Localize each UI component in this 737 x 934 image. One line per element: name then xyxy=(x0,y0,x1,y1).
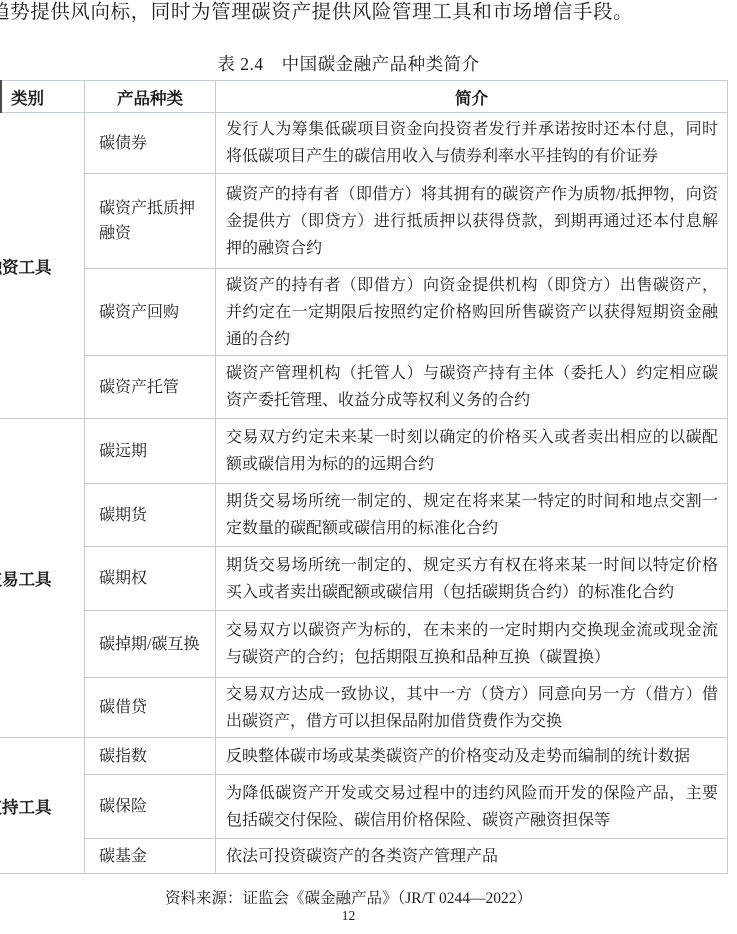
source-note: 资料来源：证监会《碳金融产品》（JR/T 0244—2022） xyxy=(0,886,737,908)
product-cell: 碳期货 xyxy=(85,484,216,547)
description-cell: 碳资产管理机构（托管人）与碳资产持有主体（委托人）约定相应碳资产委托管理、收益分… xyxy=(216,356,728,419)
table-row: 碳期权期货交易场所统一制定的、规定买方有权在将来某一时间以特定价格买入或者卖出碳… xyxy=(0,547,728,611)
table-row: 碳资产托管碳资产管理机构（托管人）与碳资产持有主体（委托人）约定相应碳资产委托管… xyxy=(0,356,728,419)
table-row: 融资工具碳债券发行人为筹集低碳项目资金向投资者发行并承诺按时还本付息，同时将低碳… xyxy=(0,113,728,174)
page-number: 12 xyxy=(0,908,737,924)
product-cell: 碳远期 xyxy=(85,419,216,484)
product-cell: 碳期权 xyxy=(85,547,216,611)
table-row: 碳资产抵质押融资碳资产的持有者（即借方）将其拥有的碳资产作为质物/抵押物，向资金… xyxy=(0,174,728,269)
product-cell: 碳指数 xyxy=(85,738,216,775)
table-row: 交易工具碳远期交易双方约定未来某一时刻以确定的价格买入或者卖出相应的以碳配额或碳… xyxy=(0,419,728,484)
product-cell: 碳资产托管 xyxy=(85,356,216,419)
category-label: 融资工具 xyxy=(0,254,52,278)
product-cell: 碳保险 xyxy=(85,775,216,839)
category-cell: 融资工具 xyxy=(0,113,85,419)
description-cell: 期货交易场所统一制定的、规定买方有权在将来某一时间以特定价格买入或者卖出碳配额或… xyxy=(216,547,728,611)
description-cell: 依法可投资碳资产的各类资产管理产品 xyxy=(216,839,728,874)
table-header-row: 类别 产品种类 简介 xyxy=(0,81,728,113)
description-cell: 发行人为筹集低碳项目资金向投资者发行并承诺按时还本付息，同时将低碳项目产生的碳信… xyxy=(216,113,728,174)
category-cell: 交易工具 xyxy=(0,419,85,738)
page-crop-edge-mark xyxy=(0,80,2,113)
table-row: 支持工具碳指数反映整体碳市场或某类碳资产的价格变动及走势而编制的统计数据 xyxy=(0,738,728,775)
product-cell: 碳基金 xyxy=(85,839,216,874)
header-product-type: 产品种类 xyxy=(85,81,216,113)
intro-paragraph: 趋势提供风向标，同时为管理碳资产提供风险管理工具和市场增信手段。 xyxy=(0,0,633,29)
product-cell: 碳掉期/碳互换 xyxy=(85,611,216,678)
table-row: 碳保险为降低碳资产开发或交易过程中的违约风险而开发的保险产品，主要包括碳交付保险… xyxy=(0,775,728,839)
table-row: 碳掉期/碳互换交易双方以碳资产为标的，在未来的一定时期内交换现金流或现金流与碳资… xyxy=(0,611,728,678)
header-description: 简介 xyxy=(216,81,728,113)
product-cell: 碳债券 xyxy=(85,113,216,174)
carbon-finance-table: 类别 产品种类 简介 融资工具碳债券发行人为筹集低碳项目资金向投资者发行并承诺按… xyxy=(0,80,728,874)
category-cell: 支持工具 xyxy=(0,738,85,874)
description-cell: 交易双方达成一致协议，其中一方（贷方）同意向另一方（借方）借出碳资产，借方可以担… xyxy=(216,678,728,738)
table-row: 碳资产回购碳资产的持有者（即借方）向资金提供机构（即贷方）出售碳资产，并约定在一… xyxy=(0,269,728,356)
description-cell: 交易双方以碳资产为标的，在未来的一定时期内交换现金流或现金流与碳资产的合约；包括… xyxy=(216,611,728,678)
product-cell: 碳资产抵质押融资 xyxy=(85,174,216,269)
category-label: 支持工具 xyxy=(0,794,52,818)
category-label: 交易工具 xyxy=(0,566,52,590)
product-cell: 碳资产回购 xyxy=(85,269,216,356)
table-row: 碳借贷交易双方达成一致协议，其中一方（贷方）同意向另一方（借方）借出碳资产，借方… xyxy=(0,678,728,738)
description-cell: 碳资产的持有者（即借方）向资金提供机构（即贷方）出售碳资产，并约定在一定期限后按… xyxy=(216,269,728,356)
description-cell: 碳资产的持有者（即借方）将其拥有的碳资产作为质物/抵押物，向资金提供方（即贷方）… xyxy=(216,174,728,269)
description-cell: 为降低碳资产开发或交易过程中的违约风险而开发的保险产品，主要包括碳交付保险、碳信… xyxy=(216,775,728,839)
description-cell: 期货交易场所统一制定的、规定在将来某一特定的时间和地点交割一定数量的碳配额或碳信… xyxy=(216,484,728,547)
table-title: 表 2.4 中国碳金融产品种类简介 xyxy=(0,51,737,76)
table-row: 碳基金依法可投资碳资产的各类资产管理产品 xyxy=(0,839,728,874)
header-category: 类别 xyxy=(0,81,85,113)
product-cell: 碳借贷 xyxy=(85,678,216,738)
description-cell: 交易双方约定未来某一时刻以确定的价格买入或者卖出相应的以碳配额或碳信用为标的的远… xyxy=(216,419,728,484)
table-row: 碳期货期货交易场所统一制定的、规定在将来某一特定的时间和地点交割一定数量的碳配额… xyxy=(0,484,728,547)
description-cell: 反映整体碳市场或某类碳资产的价格变动及走势而编制的统计数据 xyxy=(216,738,728,775)
